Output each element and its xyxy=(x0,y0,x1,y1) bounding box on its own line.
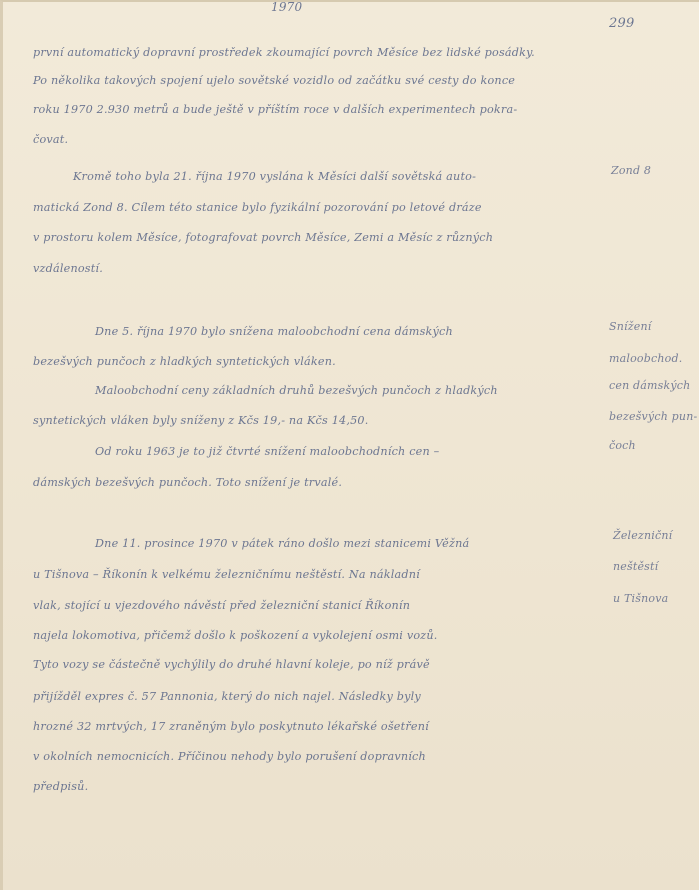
body-line: roku 1970 2.930 metrů a bude ještě v pří… xyxy=(33,103,517,116)
header-year: 1970 xyxy=(271,0,302,14)
body-line: u Tišnova – Říkonín k velkému železniční… xyxy=(33,568,420,581)
margin-note-stockings: Snížení xyxy=(609,320,651,333)
body-line: Tyto vozy se částečně vychýlily do druhé… xyxy=(33,658,430,671)
body-line: Maloobchodní ceny základních druhů bezeš… xyxy=(95,384,498,397)
margin-note-railway: neštěstí xyxy=(613,560,658,573)
body-line: hrozné 32 mrtvých, 17 zraněným bylo posk… xyxy=(33,720,429,733)
body-line: čovat. xyxy=(33,133,68,146)
body-line: v okolních nemocnicích. Příčinou nehody … xyxy=(33,750,426,763)
margin-note-stockings: cen dámských xyxy=(609,379,690,392)
body-line: najela lokomotiva, přičemž došlo k poško… xyxy=(33,629,438,642)
body-line: syntetických vláken byly sníženy z Kčs 1… xyxy=(33,414,368,427)
body-line: předpisů. xyxy=(33,780,88,793)
margin-note-zond: Zond 8 xyxy=(611,164,651,177)
body-line: Od roku 1963 je to již čtvrté snížení ma… xyxy=(95,445,439,458)
body-line: Dne 5. října 1970 bylo snížena maloobcho… xyxy=(95,325,453,338)
margin-note-stockings: maloobchod. xyxy=(609,352,682,365)
body-line: Po několika takových spojení ujelo sovět… xyxy=(33,74,515,87)
body-line: dámských bezešvých punčoch. Toto snížení… xyxy=(33,476,342,489)
body-line: Dne 11. prosince 1970 v pátek ráno došlo… xyxy=(95,537,469,550)
body-line: vlak, stojící u vjezdového návěstí před … xyxy=(33,599,410,612)
body-line: v prostoru kolem Měsíce, fotografovat po… xyxy=(33,231,493,244)
body-line: matická Zond 8. Cílem této stanice bylo … xyxy=(33,201,482,214)
body-line: vzdáleností. xyxy=(33,262,103,275)
margin-note-railway: Železniční xyxy=(613,529,672,542)
margin-note-railway: u Tišnova xyxy=(613,592,668,605)
margin-note-stockings: čoch xyxy=(609,439,636,452)
body-line: první automatický dopravní prostředek zk… xyxy=(33,46,535,59)
body-line: přijížděl expres č. 57 Pannonia, který d… xyxy=(33,690,421,703)
chronicle-page: 1970 299 první automatický dopravní pros… xyxy=(0,0,699,890)
body-line: bezešvých punčoch z hladkých syntetickýc… xyxy=(33,355,336,368)
page-number: 299 xyxy=(609,16,634,31)
body-line: Kromě toho byla 21. října 1970 vyslána k… xyxy=(73,170,476,183)
margin-note-stockings: bezešvých pun- xyxy=(609,410,697,423)
